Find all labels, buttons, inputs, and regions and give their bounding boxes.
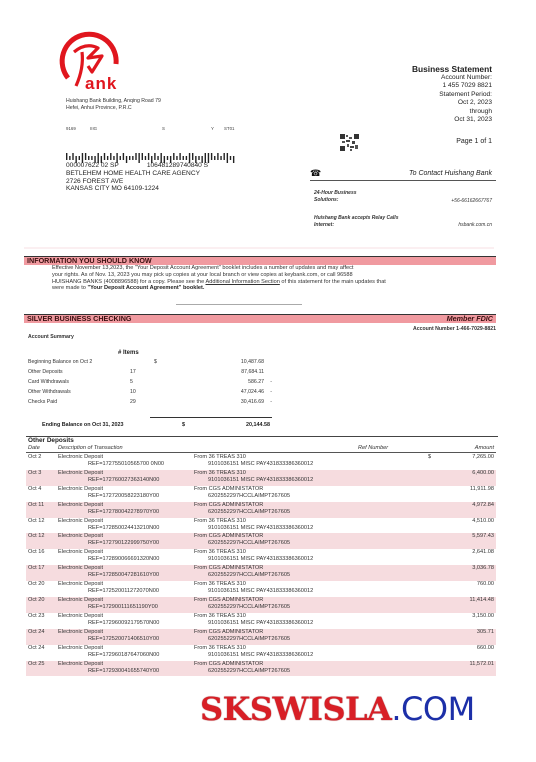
header-date: Date — [28, 445, 40, 451]
header-ref: Ref Number — [358, 445, 388, 451]
tx-from: From CGS ADMINISTATOR — [194, 661, 263, 668]
info-text-span: were made to — [52, 285, 87, 291]
summary-label: Other Withdrawals — [28, 389, 71, 395]
tx-memo: 9101036151 MISC PAY431833386360012 — [208, 652, 313, 659]
transaction-row: Oct 20Electronic DepositREF=172520011272… — [26, 581, 496, 597]
summary-amount: 30,416.69 — [241, 399, 264, 405]
member-fdic: Member FDIC — [447, 315, 493, 323]
tx-from: From 36 TREAS 310 — [194, 581, 246, 588]
recipient-street: 2726 FOREST AVE — [66, 178, 208, 186]
summary-items: 5 — [130, 379, 133, 385]
tx-amount: 7,265.00 — [472, 454, 494, 461]
tx-memo: 9101036151 MISC PAY431833386360012 — [208, 556, 313, 563]
summary-amount: 10,487.68 — [241, 359, 264, 365]
account-line-a: 000007622 02 SP — [66, 162, 119, 169]
tx-from: From CGS ADMINISTATOR — [194, 502, 263, 509]
statement-title: Business Statement — [412, 64, 492, 74]
summary-sign: - — [270, 399, 272, 405]
tx-type: Electronic Deposit — [58, 565, 103, 572]
mailing-address: 000007622 02 SP106481289740840 S BETLEHE… — [66, 162, 208, 193]
tx-amount: 760.00 — [477, 581, 494, 588]
tx-date: Oct 20 — [28, 581, 44, 588]
tx-date: Oct 2 — [28, 454, 41, 461]
tx-from: From CGS ADMINISTATOR — [194, 565, 263, 572]
internet-link[interactable]: hsbank.com.cn — [458, 222, 492, 228]
tx-amount: 2,641.08 — [472, 549, 494, 556]
summary-row: Checks Paid2930,416.69- — [28, 399, 272, 409]
tx-memo: 9101036151 MISC PAY431833386360012 — [208, 620, 313, 627]
summary-row: Card Withdrawals5586.27- — [28, 379, 272, 389]
divider — [24, 247, 494, 249]
period-label: Statement Period: — [412, 91, 492, 99]
tx-memo: 9101036151 MISC PAY431833386360012 — [208, 461, 313, 468]
logo-text: ank — [85, 74, 117, 94]
tx-from: From CGS ADMINISTATOR — [194, 533, 263, 540]
transaction-row: Oct 12Electronic DepositREF=172850024413… — [26, 518, 496, 534]
checking-bar: SILVER BUSINESS CHECKING Member FDIC — [24, 314, 496, 323]
items-header: # Items — [118, 350, 139, 356]
tx-type: Electronic Deposit — [58, 502, 103, 509]
deposits-title: Other Deposits — [28, 437, 74, 444]
transaction-row: Oct 25Electronic DepositREF=172930041655… — [26, 661, 496, 677]
summary-sign: - — [270, 379, 272, 385]
tx-date: Oct 12 — [28, 518, 44, 525]
header-amount: Amount — [475, 445, 494, 451]
tx-memo: 6202552297HCCLAIMPT267605 — [208, 668, 290, 675]
transaction-row: Oct 24Electronic DepositREF=172520071406… — [26, 629, 496, 645]
checking-account-number: Account Number 1-466-7029-8821 — [413, 326, 496, 332]
code: ST01 — [224, 126, 235, 131]
tx-type: Electronic Deposit — [58, 454, 103, 461]
tx-ref: REF=172720058223180Y00 — [88, 493, 159, 500]
address-line: Hefei, Anhui Province, P.R.C — [66, 105, 161, 112]
tx-from: From 36 TREAS 310 — [194, 518, 246, 525]
tx-date: Oct 12 — [28, 533, 44, 540]
transaction-row: Oct 17Electronic DepositREF=172850047281… — [26, 565, 496, 581]
info-title: INFORMATION YOU SHOULD KNOW — [27, 257, 152, 265]
tx-memo: 9101036151 MISC PAY431833386360012 — [208, 477, 313, 484]
tx-type: Electronic Deposit — [58, 486, 103, 493]
tx-memo: 6202552297HCCLAIMPT267605 — [208, 540, 290, 547]
relay-label: Huishang Bank accepts Relay Calls — [314, 215, 398, 222]
summary-dollar: $ — [154, 359, 157, 365]
summary-items: 10 — [130, 389, 136, 395]
tx-amount: 660.00 — [477, 645, 494, 652]
business-label: 24-Hour Business Solutions: — [314, 190, 357, 204]
business-label-2: Solutions: — [314, 197, 357, 204]
contact-title: To Contact Huishang Bank — [409, 170, 492, 177]
account-line-b: 106481289740840 S — [147, 162, 208, 169]
tx-memo: 6202552297HCCLAIMPT267605 — [208, 509, 290, 516]
tx-amount: 11,911.98 — [470, 486, 494, 493]
tx-from: From 36 TREAS 310 — [194, 454, 246, 461]
tx-amount: 4,510.00 — [472, 518, 494, 525]
info-bar: INFORMATION YOU SHOULD KNOW — [24, 256, 496, 265]
tx-memo: 6202552297HCCLAIMPT267605 — [208, 572, 290, 579]
summary-amount: 586.27 — [248, 379, 264, 385]
transaction-row: Oct 12Electronic DepositREF=172790122999… — [26, 533, 496, 549]
info-line: were made to "Your Deposit Account Agree… — [52, 285, 472, 292]
transaction-row: Oct 23Electronic DepositREF=172960092179… — [26, 613, 496, 629]
recipient-city: KANSAS CITY MO 64109-1224 — [66, 185, 208, 193]
code: 9169 — [66, 126, 76, 131]
info-bold: "Your Deposit Account Agreement" booklet… — [87, 285, 204, 291]
tx-memo: 6202552297HCCLAIMPT267605 — [208, 636, 290, 643]
divider — [150, 417, 272, 418]
transaction-row: Oct 24Electronic DepositREF=172960187647… — [26, 645, 496, 661]
tx-memo: 9101036151 MISC PAY431833386360012 — [208, 525, 313, 532]
tx-amount: 11,414.48 — [470, 597, 494, 604]
tx-type: Electronic Deposit — [58, 645, 103, 652]
relay-block: Huishang Bank accepts Relay Calls Intern… — [314, 215, 398, 229]
tx-amount: 3,150.00 — [472, 613, 494, 620]
tx-ref: REF=172790122999750Y00 — [88, 540, 159, 547]
summary-sign: - — [270, 389, 272, 395]
summary-amount: 87,684.11 — [241, 369, 264, 375]
tx-from: From CGS ADMINISTATOR — [194, 486, 263, 493]
ending-amount: 20,144.58 — [246, 422, 270, 428]
tx-ref: REF=172960187647060N00 — [88, 652, 159, 659]
tx-date: Oct 24 — [28, 645, 44, 652]
tx-type: Electronic Deposit — [58, 518, 103, 525]
tx-date: Oct 3 — [28, 470, 41, 477]
tx-ref: REF=172890066691320N00 — [88, 556, 159, 563]
tx-date: Oct 16 — [28, 549, 44, 556]
recipient-name: BETLEHEM HOME HEALTH CARE AGENCY — [66, 170, 208, 178]
tx-dollar: $ — [428, 454, 431, 461]
tx-date: Oct 20 — [28, 597, 44, 604]
tx-type: Electronic Deposit — [58, 597, 103, 604]
tx-ref: REF=172850024413210N00 — [88, 525, 159, 532]
checking-title: SILVER BUSINESS CHECKING — [27, 315, 132, 323]
transaction-row: Oct 16Electronic DepositREF=172890066691… — [26, 549, 496, 565]
page-indicator: Page 1 of 1 — [456, 138, 492, 145]
code: Y — [211, 126, 214, 131]
divider — [26, 436, 498, 437]
statement-header: Business Statement Account Number: 1 455… — [412, 64, 492, 124]
tx-ref: REF=172930041655740Y00 — [88, 668, 159, 675]
bank-address: Huishang Bank Building, Anqing Road 79 H… — [66, 98, 161, 111]
summary-label: Beginning Balance on Oct 2 — [28, 359, 92, 365]
watermark: SKSWISLA.COM — [200, 690, 475, 728]
tx-type: Electronic Deposit — [58, 533, 103, 540]
telephone-icon: ☎ — [310, 168, 321, 179]
period-through: through — [412, 108, 492, 116]
tx-memo: 9101036151 MISC PAY431833386360012 — [208, 588, 313, 595]
tx-type: Electronic Deposit — [58, 613, 103, 620]
watermark-part1: SKSWISLA — [200, 690, 391, 728]
tx-date: Oct 24 — [28, 629, 44, 636]
tx-memo: 6202552297HCCLAIMPT267605 — [208, 604, 290, 611]
tx-date: Oct 11 — [28, 502, 44, 509]
divider — [310, 180, 496, 181]
business-phone[interactable]: +56-66162667767 — [451, 198, 492, 204]
tx-date: Oct 17 — [28, 565, 44, 572]
deposits-header: Date Description of Transaction Ref Numb… — [26, 445, 496, 453]
tx-date: Oct 23 — [28, 613, 44, 620]
tx-type: Electronic Deposit — [58, 470, 103, 477]
transaction-row: Oct 20Electronic DepositREF=172900111651… — [26, 597, 496, 613]
tx-from: From 36 TREAS 310 — [194, 549, 246, 556]
bank-logo: ank — [58, 28, 124, 98]
transaction-row: Oct 11Electronic DepositREF=172780042278… — [26, 502, 496, 518]
tx-amount: 3,036.78 — [472, 565, 494, 572]
business-label-1: 24-Hour Business — [314, 190, 357, 197]
tx-type: Electronic Deposit — [58, 581, 103, 588]
ending-balance: Ending Balance on Oct 31, 2023 $ 20,144.… — [28, 422, 272, 432]
account-number: 1 455 7029 8821 — [412, 82, 492, 90]
tx-amount: 4,972.84 — [472, 502, 494, 509]
watermark-part2: .COM — [391, 690, 474, 728]
internet-label: Internet: — [314, 222, 398, 229]
tx-date: Oct 25 — [28, 661, 44, 668]
tx-amount: 5,597.43 — [472, 533, 494, 540]
summary-row: Beginning Balance on Oct 2$10,487.68 — [28, 359, 272, 369]
info-line: your rights. As of Nov. 13, 2023 you may… — [52, 272, 472, 279]
info-text-span: HUISHANG BANKS (4008896588) for a copy. … — [52, 279, 206, 285]
tx-from: From CGS ADMINISTATOR — [194, 597, 263, 604]
tx-ref: REF=172755010565700 0N00 — [88, 461, 164, 468]
tx-type: Electronic Deposit — [58, 661, 103, 668]
account-label: Account Number: — [412, 74, 492, 82]
tx-type: Electronic Deposit — [58, 629, 103, 636]
postal-barcode-icon — [66, 150, 238, 160]
tx-memo: 6202552297HCCLAIMPT267605 — [208, 493, 290, 500]
info-line: HUISHANG BANKS (4008896588) for a copy. … — [52, 279, 472, 286]
tx-ref: REF=172960092179570N00 — [88, 620, 159, 627]
summary-row: Other Deposits1787,684.11 — [28, 369, 272, 379]
transaction-row: Oct 2Electronic DepositREF=1727550105657… — [26, 454, 496, 470]
qr-code-icon — [340, 134, 359, 151]
summary-amount: 47,024.46 — [241, 389, 264, 395]
summary-label: Card Withdrawals — [28, 379, 69, 385]
code: S — [162, 126, 165, 131]
tx-ref: REF=172520011272070N00 — [88, 588, 159, 595]
tx-ref: REF=172780042278970Y00 — [88, 509, 159, 516]
tx-ref: REF=172900111651190Y00 — [88, 604, 158, 611]
tx-from: From 36 TREAS 310 — [194, 645, 246, 652]
additional-info-link[interactable]: Additional Information Section — [206, 279, 280, 285]
address-line: Huishang Bank Building, Anqing Road 79 — [66, 98, 161, 105]
tx-from: From 36 TREAS 310 — [194, 470, 246, 477]
summary-label: Checks Paid — [28, 399, 57, 405]
code: IIIG — [90, 126, 97, 131]
tx-ref: REF=172520071406510Y00 — [88, 636, 159, 643]
deposits-list: Oct 2Electronic DepositREF=1727550105657… — [26, 454, 496, 676]
summary-label: Other Deposits — [28, 369, 63, 375]
ending-label: Ending Balance on Oct 31, 2023 — [42, 422, 124, 428]
summary-items: 29 — [130, 399, 136, 405]
tx-ref: REF=172760027363140N00 — [88, 477, 159, 484]
tx-from: From CGS ADMINISTATOR — [194, 629, 263, 636]
tx-ref: REF=172850047281610Y00 — [88, 572, 159, 579]
info-text: Effective November 13,2023, the "Your De… — [52, 265, 472, 292]
period-end: Oct 31, 2023 — [412, 116, 492, 124]
tx-from: From 36 TREAS 310 — [194, 613, 246, 620]
mailing-account-line: 000007622 02 SP106481289740840 S — [66, 162, 208, 170]
info-text-span: of this statement for the main updates t… — [280, 279, 386, 285]
ending-dollar: $ — [182, 422, 185, 428]
period-start: Oct 2, 2023 — [412, 99, 492, 107]
tx-type: Electronic Deposit — [58, 549, 103, 556]
tx-amount: 6,400.00 — [472, 470, 494, 477]
tx-amount: 305.71 — [477, 629, 494, 636]
summary-items: 17 — [130, 369, 136, 375]
transaction-row: Oct 4Electronic DepositREF=1727200582231… — [26, 486, 496, 502]
summary-title: Account Summary — [28, 334, 74, 340]
info-line: Effective November 13,2023, the "Your De… — [52, 265, 472, 272]
summary-row: Other Withdrawals1047,024.46- — [28, 389, 272, 399]
divider — [176, 304, 302, 305]
tx-date: Oct 4 — [28, 486, 41, 493]
transaction-row: Oct 3Electronic DepositREF=1727600273631… — [26, 470, 496, 486]
tx-amount: 11,572.01 — [470, 661, 494, 668]
header-description: Description of Transaction — [58, 445, 123, 451]
